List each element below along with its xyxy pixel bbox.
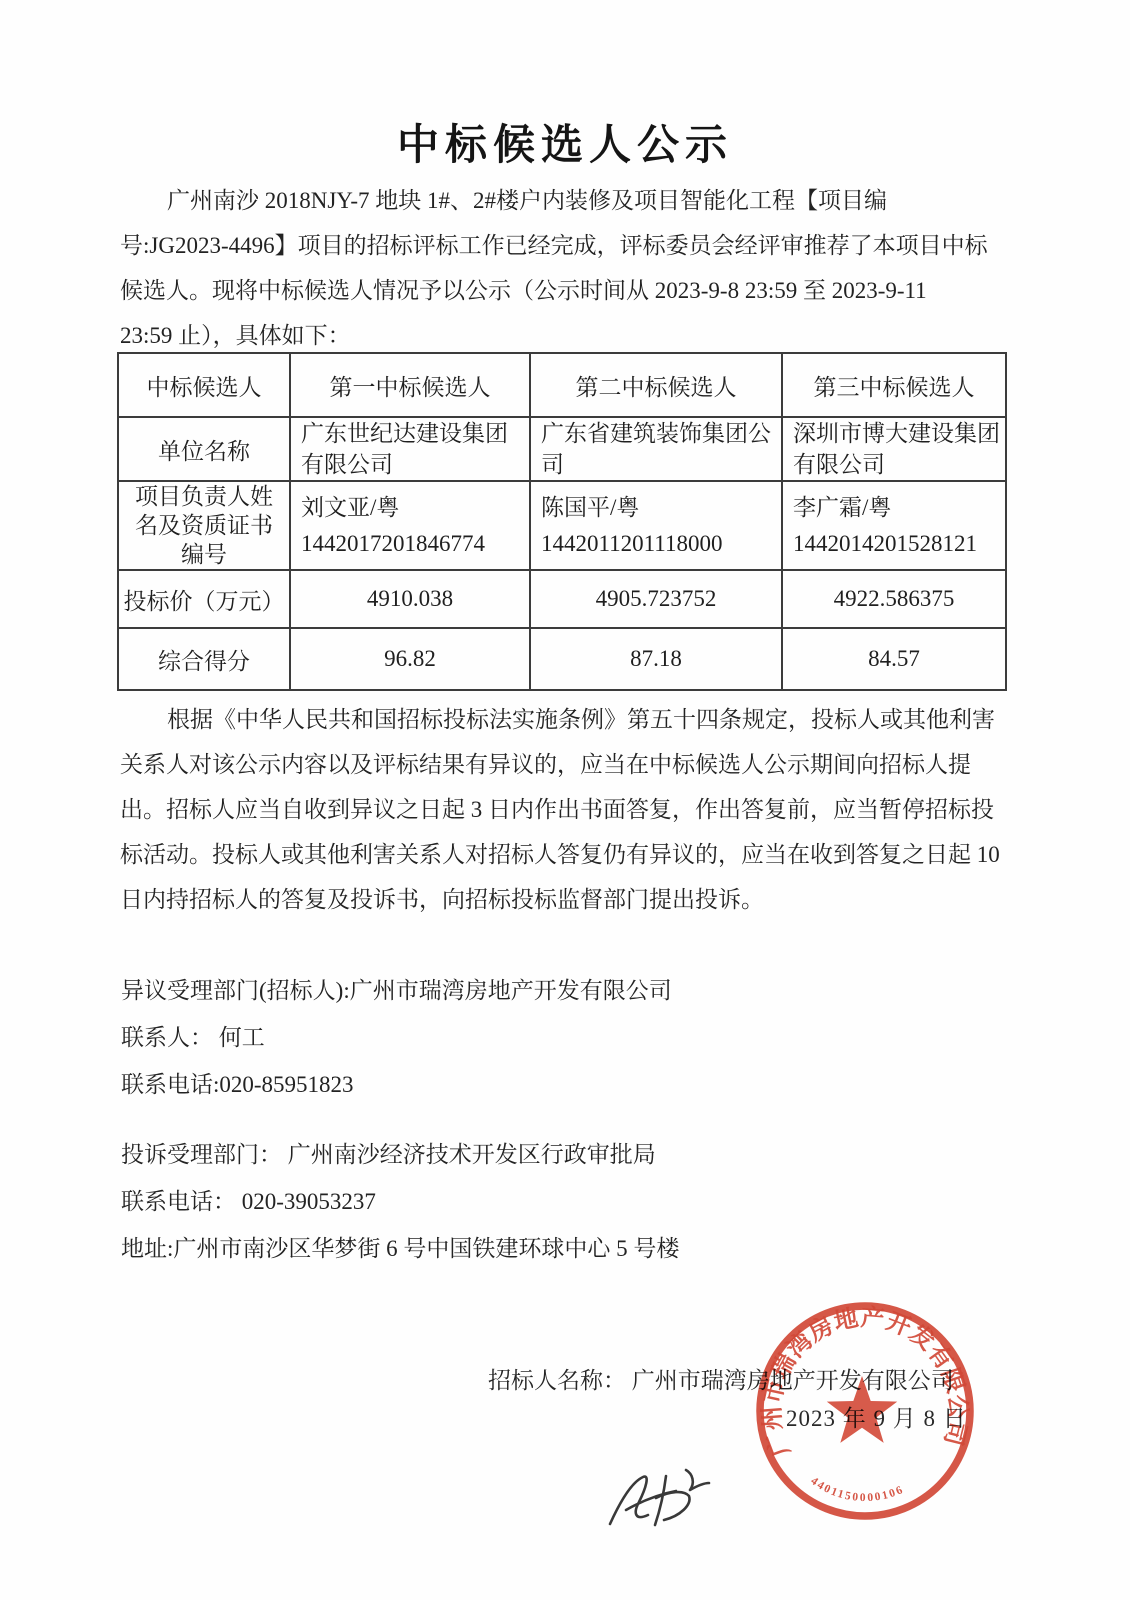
legal-paragraph: 根据《中华人民共和国招标投标法实施条例》第五十四条规定，投标人或其他利害 关系人… [120,697,1015,922]
announcement-document: 中标候选人公示 广州南沙 2018NJY-7 地块 1#、2#楼户内装修及项目智… [0,0,1130,1600]
score-row: 综合得分 96.82 87.18 84.57 [118,628,1006,690]
price-cell-1: 4910.038 [290,570,530,628]
seal-company-text: 广州市瑞湾房地产开发有限公司 [758,1303,970,1460]
company-cell-3: 深圳市博大建设集团 有限公司 [782,417,1006,481]
manager-2-name: 陈国平/粤 [541,490,777,526]
company-cell-2: 广东省建筑装饰集团公 司 [530,417,782,481]
manager-3-name: 李广霜/粤 [793,490,1001,526]
company-2-line1: 广东省建筑装饰集团公 [541,418,777,449]
row-label-score: 综合得分 [118,628,290,690]
manager-label-line3: 编号 [119,540,289,569]
header-cell-candidate: 中标候选人 [118,353,290,417]
manager-2-cert: 1442011201118000 [541,526,777,562]
legal-line-3: 出。招标人应当自收到异议之日起 3 日内作出书面答复，作出答复前，应当暂停招标投 [120,787,1015,832]
manager-label-line2: 名及资质证书 [119,511,289,540]
manager-1-cert: 1442017201846774 [301,526,525,562]
objection-contact-person: 联系人： 何工 [121,1023,672,1070]
complaint-address: 地址:广州市南沙区华梦街 6 号中国铁建环球中心 5 号楼 [121,1234,679,1281]
company-3-line2: 有限公司 [793,449,1001,480]
page-title: 中标候选人公示 [0,112,1130,172]
score-cell-1: 96.82 [290,628,530,690]
header-cell-third: 第三中标候选人 [782,353,1006,417]
score-cell-2: 87.18 [530,628,782,690]
intro-line-2: 号:JG2023-4496】项目的招标评标工作已经完成，评标委员会经评审推荐了本… [120,223,1015,268]
signature-stroke [610,1477,648,1524]
company-cell-1: 广东世纪达建设集团 有限公司 [290,417,530,481]
manager-cell-1: 刘文亚/粤 1442017201846774 [290,481,530,570]
objection-contact-block: 异议受理部门(招标人):广州市瑞湾房地产开发有限公司 联系人： 何工 联系电话:… [121,976,672,1117]
intro-line-3: 候选人。现将中标候选人情况予以公示（公示时间从 2023-9-8 23:59 至… [120,268,1015,313]
objection-department: 异议受理部门(招标人):广州市瑞湾房地产开发有限公司 [121,976,672,1023]
company-name-row: 单位名称 广东世纪达建设集团 有限公司 广东省建筑装饰集团公 司 深圳市博大建设… [118,417,1006,481]
legal-line-1: 根据《中华人民共和国招标投标法实施条例》第五十四条规定，投标人或其他利害 [120,697,1015,742]
company-3-line1: 深圳市博大建设集团 [793,418,1001,449]
manager-label-line1: 项目负责人姓 [119,482,289,511]
legal-line-4: 标活动。投标人或其他利害关系人对招标人答复仍有异议的，应当在收到答复之日起 10 [120,832,1015,877]
company-1-line2: 有限公司 [301,449,525,480]
project-manager-row: 项目负责人姓 名及资质证书 编号 刘文亚/粤 1442017201846774 … [118,481,1006,570]
objection-phone: 联系电话:020-85951823 [121,1070,672,1117]
row-label-price: 投标价（万元） [118,570,290,628]
bid-price-row: 投标价（万元） 4910.038 4905.723752 4922.586375 [118,570,1006,628]
manager-cell-2: 陈国平/粤 1442011201118000 [530,481,782,570]
signature-stroke [686,1470,709,1490]
seal-star-icon [827,1376,897,1443]
company-seal: 广州市瑞湾房地产开发有限公司 4401150000106 [751,1297,979,1525]
manager-cell-3: 李广霜/粤 1442014201528121 [782,481,1006,570]
handwritten-signature [598,1462,716,1540]
manager-1-name: 刘文亚/粤 [301,490,525,526]
intro-line-1: 广州南沙 2018NJY-7 地块 1#、2#楼户内装修及项目智能化工程【项目编 [120,178,1015,223]
price-cell-3: 4922.586375 [782,570,1006,628]
legal-line-2: 关系人对该公示内容以及评标结果有异议的，应当在中标候选人公示期间向招标人提 [120,742,1015,787]
price-cell-2: 4905.723752 [530,570,782,628]
legal-line-5: 日内持招标人的答复及投诉书，向招标投标监督部门提出投诉。 [120,877,1015,922]
score-cell-3: 84.57 [782,628,1006,690]
seal-code-text: 4401150000106 [808,1475,906,1504]
complaint-contact-block: 投诉受理部门： 广州南沙经济技术开发区行政审批局 联系电话： 020-39053… [121,1140,679,1281]
company-2-line2: 司 [541,449,777,480]
row-label-company: 单位名称 [118,417,290,481]
intro-paragraph: 广州南沙 2018NJY-7 地块 1#、2#楼户内装修及项目智能化工程【项目编… [120,178,1015,358]
header-cell-second: 第二中标候选人 [530,353,782,417]
manager-3-cert: 1442014201528121 [793,526,1001,562]
company-1-line1: 广东世纪达建设集团 [301,418,525,449]
complaint-department: 投诉受理部门： 广州南沙经济技术开发区行政审批局 [121,1140,679,1187]
table-header-row: 中标候选人 第一中标候选人 第二中标候选人 第三中标候选人 [118,353,1006,417]
signature-stroke [655,1476,666,1525]
complaint-phone: 联系电话： 020-39053237 [121,1187,679,1234]
header-cell-first: 第一中标候选人 [290,353,530,417]
row-label-manager: 项目负责人姓 名及资质证书 编号 [118,481,290,570]
candidates-table: 中标候选人 第一中标候选人 第二中标候选人 第三中标候选人 单位名称 广东世纪达… [117,352,1007,691]
